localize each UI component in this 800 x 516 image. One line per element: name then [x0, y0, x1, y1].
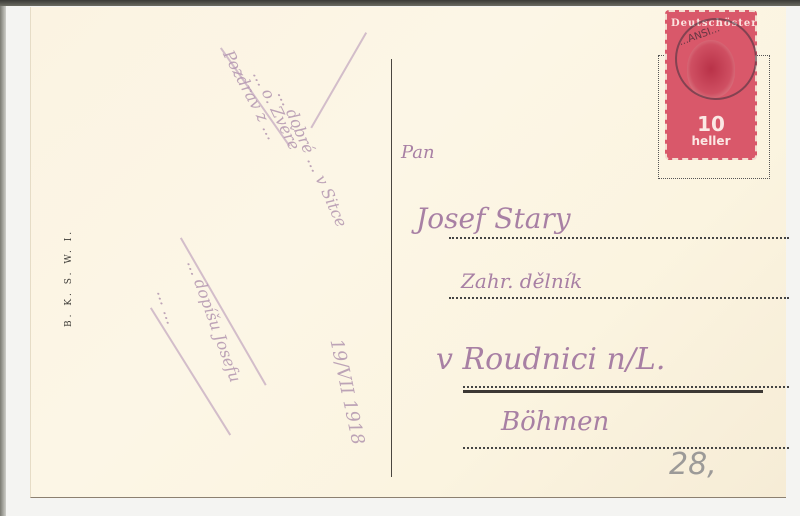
address-underline	[463, 390, 763, 393]
address-name: Josef Stary	[416, 202, 571, 235]
message-date: 19/VII 1918	[325, 337, 368, 447]
address-city: v Roudnici n/L.	[436, 342, 665, 377]
scan-border-left	[0, 6, 6, 516]
address-line-2	[449, 297, 789, 299]
pen-stroke	[310, 32, 366, 128]
stamp-unit: heller	[667, 134, 755, 148]
scan-border-top	[0, 0, 800, 6]
address-occupation: Zahr. dělník	[461, 269, 582, 293]
address-line-3	[463, 386, 789, 388]
address-line-4	[463, 447, 789, 449]
message-line: ... dopíšu Josefu	[183, 257, 245, 385]
pencil-note: 28,	[669, 447, 717, 482]
stamp-value: 10	[667, 112, 755, 136]
address-line-1	[449, 237, 789, 239]
center-divider-line	[391, 59, 392, 477]
printer-mark: B. K. S. W. I.	[64, 229, 74, 327]
address-country: Böhmen	[501, 407, 609, 437]
message-line: ... dobré ... v Sitce	[274, 87, 352, 230]
address-salutation: Pan	[401, 142, 435, 163]
